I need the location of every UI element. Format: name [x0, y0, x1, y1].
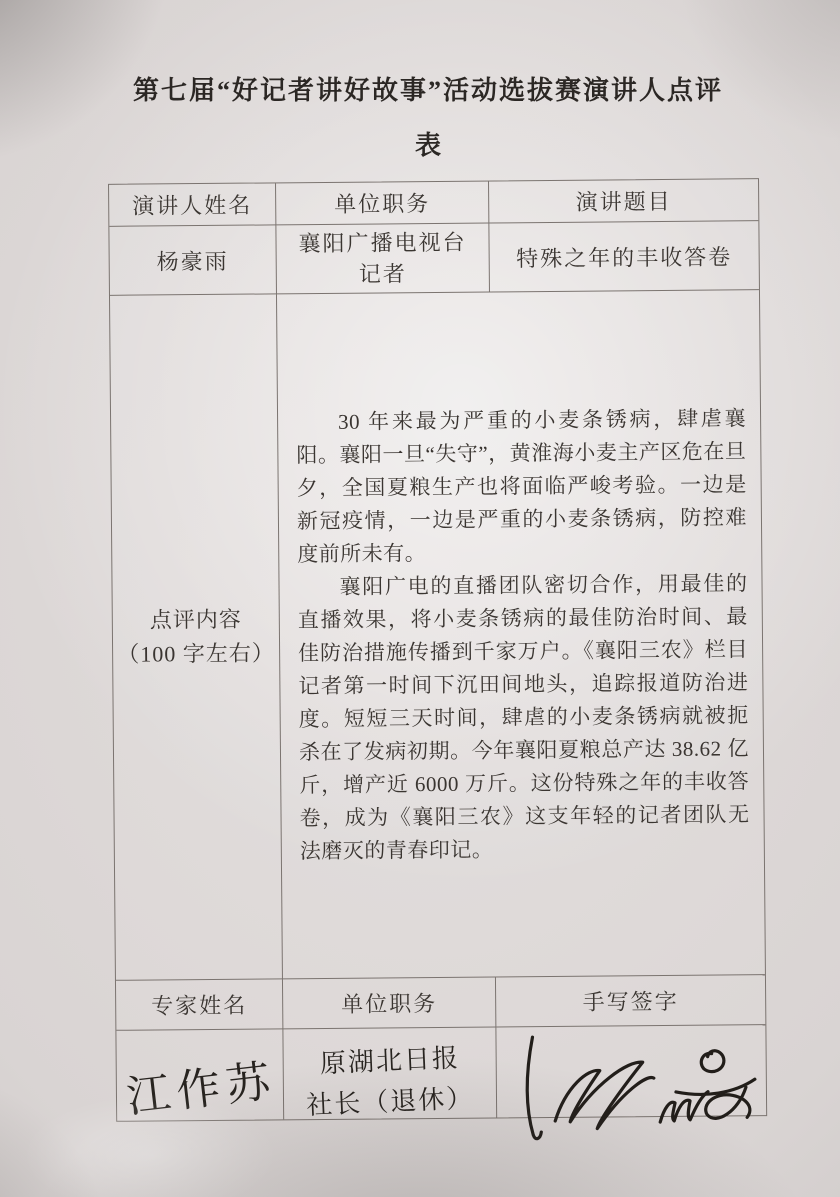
header-speaker-name: 演讲人姓名 [109, 183, 276, 226]
expert-unit-line2: 社长（退休） [305, 1078, 475, 1126]
document-title-line2: 表 [8, 127, 840, 165]
header-expert-unit: 单位职务 [283, 977, 496, 1029]
review-paragraph-2: 襄阳广电的直播团队密切合作，用最佳的直播效果，将小麦条锈病的最佳防治时间、最佳防… [297, 567, 750, 868]
speaker-unit-line1: 襄阳广播电视台 [298, 227, 466, 259]
document-title: 第七届“好记者讲好故事”活动选拔赛演讲人点评 表 [8, 72, 840, 165]
speaker-unit-value: 襄阳广播电视台 记者 [276, 224, 490, 295]
review-content-text: 30 年来最为严重的小麦条锈病，肆虐襄阳。襄阳一旦“失守”，黄淮海小麦主产区危在… [277, 290, 765, 979]
expert-name-handwritten: 江作苏 [116, 1029, 284, 1120]
header-expert-name: 专家姓名 [116, 979, 283, 1030]
document-title-line1: 第七届“好记者讲好故事”活动选拔赛演讲人点评 [8, 72, 840, 110]
review-label-line2: （100 字左右） [117, 636, 275, 671]
header-speaker-unit: 单位职务 [276, 182, 489, 226]
speech-topic-value: 特殊之年的丰收答卷 [489, 221, 759, 292]
signature-cell [496, 1025, 766, 1117]
speaker-name-value: 杨豪雨 [109, 225, 277, 295]
review-paragraph-1: 30 年来最为严重的小麦条锈病，肆虐襄阳。襄阳一旦“失守”，黄淮海小麦主产区危在… [296, 402, 747, 571]
review-form-table: 演讲人姓名 单位职务 演讲题目 杨豪雨 襄阳广播电视台 记者 特殊之年的丰收答卷… [108, 178, 767, 1122]
review-content-label: 点评内容 （100 字左右） [110, 294, 283, 980]
expert-unit-line1: 原湖北日报 [319, 1037, 461, 1084]
handwritten-signature-scribble [496, 1021, 767, 1151]
header-handwritten-signature: 手写签字 [496, 975, 765, 1027]
expert-name-value: 江作苏 [123, 1045, 279, 1126]
review-label-line1: 点评内容 [150, 603, 242, 638]
header-speech-topic: 演讲题目 [489, 179, 758, 223]
expert-unit-handwritten: 原湖北日报 社长（退休） [283, 1027, 497, 1119]
speaker-unit-line2: 记者 [359, 258, 407, 289]
